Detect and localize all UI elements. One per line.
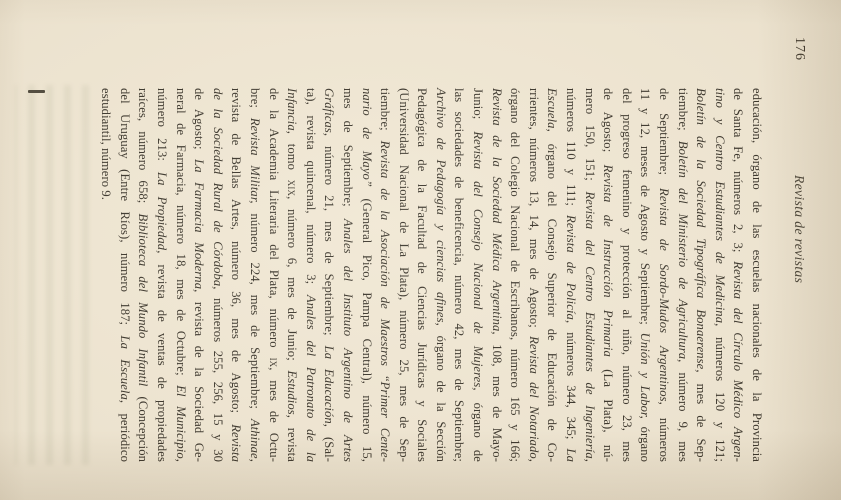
text-line: educación, órgano de las escuelas nacion… [747,88,766,462]
text-line: bre; Revista Militar, número 224, mes de… [245,88,264,462]
text-line: del Uruguay (Entre Ríos), número 187; La… [115,88,134,462]
text-line: mero 150, 151; Revista del Centro Estudi… [580,88,599,462]
book-page-rotated: 176 Revista de revistas educación, órgan… [0,0,841,500]
text-line: números 110 y 111; Revista de Policía, n… [561,88,580,462]
page-number: 176 [791,37,807,61]
text-line: de Agosto; Revista de Instrucción Primar… [599,88,618,462]
text-line: neral de Farmacia, número 18, mes de Oct… [171,88,190,462]
text-line: (Universidad Nacional de La Plata), núme… [394,88,413,462]
text-line: ta), revista quincenal, número 3; Anales… [301,88,320,462]
text-line: del progreso femenino y protección al ni… [617,88,636,462]
text-line: de la Sociedad Rural de Córdoba, números… [208,88,227,462]
text-line: Archivo de Pedagogía y ciencias afines, … [431,88,450,462]
running-title: Revista de revistas [791,175,807,283]
text-line: Gráficas, número 21, mes de Septiembre; … [320,88,339,462]
text-line: Escuela, órgano del Consejo Superior de … [543,88,562,462]
text-line: estudiantil, número 9. [97,88,116,462]
page-header: 176 Revista de revistas [785,0,807,500]
text-line: Junio; Revista del Consejo Nacional de M… [469,88,488,462]
text-line: las sociedades de beneficencia, número 4… [450,88,469,462]
text-line: tino y Centro Estudiantes de Medicina, n… [710,88,729,462]
text-line: tiembre; Revista de la Asociación de Mae… [376,88,395,462]
text-line: Pedagógica de la Facultad de Ciencias Ju… [413,88,432,462]
text-line: de la Academia Literaria del Plata, núme… [264,88,283,462]
text-line: nario de Mayo” (General Pico, Pampa Cent… [357,88,376,462]
text-line: de Agosto; La Farmacia Moderna, revista … [190,88,209,462]
scanned-book-page: 176 Revista de revistas educación, órgan… [0,0,841,500]
text-line: tiembre; Boletín del Ministerio de Agric… [673,88,692,462]
text-line: de Septiembre; Revista de Sordo-Mudos Ar… [654,88,673,462]
text-line: rrientes, números 13, 14, mes de Agosto;… [524,88,543,462]
text-line: de Santa Fe, números 2, 3; Revista del C… [729,88,748,462]
text-line: número 213: La Propiedad, revista de ven… [152,88,171,462]
text-line: mes de Septiembre; Anales del Instituto … [338,88,357,462]
text-line: revista de Bellas Artes, número 36, mes … [227,88,246,462]
text-line: Revista de la Sociedad Médica Argentina,… [487,88,506,462]
text-line: 11 y 12, meses de Agosto y Septiembre; U… [636,88,655,462]
text-line: Boletín de la Sociedad Tipográfica Bonae… [692,88,711,462]
text-line: raíces, número 658; Biblioteca del Mundo… [134,88,153,462]
text-line: Infancia, tomo xix, número 6, mes de Jun… [283,88,302,462]
stray-ink-mark [28,90,45,93]
ink-showthrough [15,85,89,465]
body-text: educación, órgano de las escuelas nacion… [97,88,766,462]
text-line: órgano del Colegio Nacional de Escribano… [506,88,525,462]
